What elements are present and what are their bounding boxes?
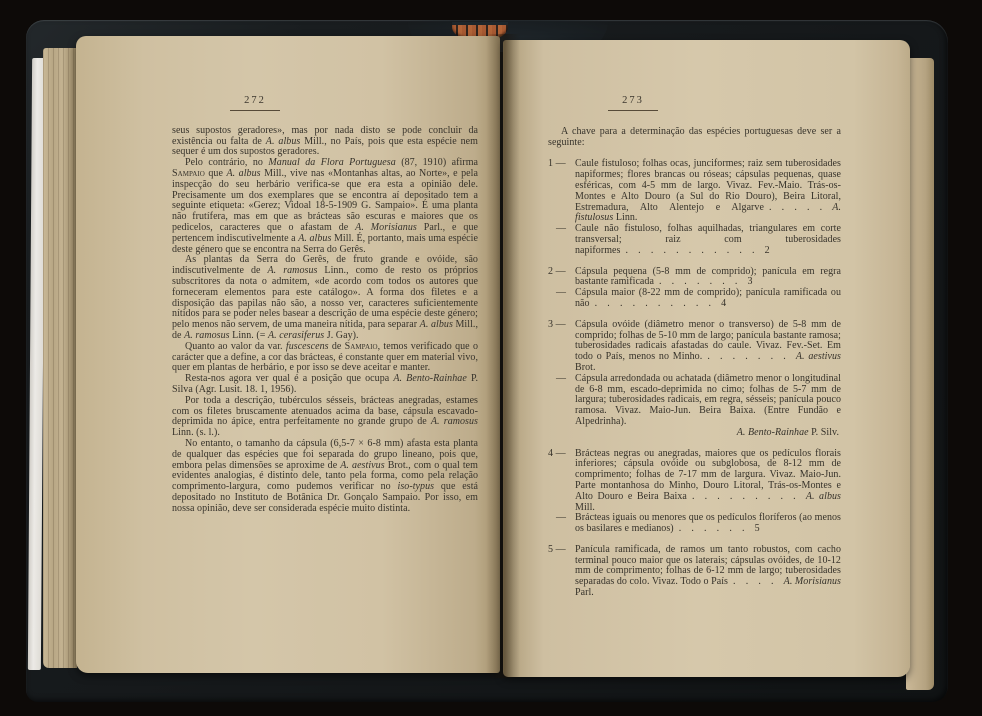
text-segment: A. ramosus: [267, 265, 317, 276]
key-entry-prefix: 5 —: [548, 545, 566, 556]
key-entry-prefix: 4 —: [548, 449, 566, 460]
text-segment: J. Gay).: [324, 330, 358, 341]
key-entry: —Cápsula maior (8-22 mm de comprido); pa…: [548, 288, 841, 310]
text-segment: Brácteas iguais ou menores que os pedícu…: [575, 512, 841, 534]
key-entry: 5 —Panícula ramificada, de ramos um tant…: [548, 545, 841, 599]
key-item-4: 4 —Brácteas negras ou anegradas, maiores…: [548, 449, 841, 535]
species-key: 1 —Caule fistuloso; folhas ocas, juncifo…: [548, 159, 841, 598]
text-segment: Linn. (s. l.).: [172, 427, 220, 438]
right-underpage-edge: [906, 58, 934, 690]
text-segment: A. albus: [420, 319, 453, 330]
key-entry-prefix: 2 —: [548, 267, 566, 278]
paragraph: Pelo contrário, no Manual da Flora Portu…: [172, 158, 478, 255]
key-entry-prefix: —: [556, 288, 566, 299]
text-segment: A. ramosus: [431, 416, 478, 427]
text-segment: que: [205, 168, 227, 179]
species-attribution: A. Bento-Rainhae P. Silv.: [575, 428, 841, 439]
text-segment: Cápsula arredondada ou achatada (diâmetr…: [575, 373, 841, 427]
key-entry: 4 —Brácteas negras ou anegradas, maiores…: [548, 449, 841, 514]
text-segment: A. Bento-Rainhae: [393, 373, 466, 384]
key-entry: —Caule não fistuloso, folhas aquilhadas,…: [548, 224, 841, 256]
text-segment: Sampaio: [172, 168, 205, 179]
text-segment: A. albus: [226, 168, 260, 179]
text-segment: Caule não fistuloso, folhas aquilhadas, …: [575, 223, 841, 256]
text-segment: A. albus: [266, 136, 301, 147]
text-segment: A. Bento-Rainhae: [737, 427, 809, 438]
text-segment: A. Morisianus: [784, 576, 841, 587]
key-entry-prefix: —: [556, 513, 566, 524]
text-segment: (87, 1910) afirma: [396, 157, 478, 168]
text-segment: Brácteas negras ou anegradas, maiores qu…: [575, 448, 841, 502]
text-segment: fuscescens: [286, 341, 329, 352]
paragraph: Por toda a descrição, tubérculos sésseis…: [172, 396, 478, 439]
key-entry: 1 —Caule fistuloso; folhas ocas, juncifo…: [548, 159, 841, 224]
text-segment: Quanto ao valor da var.: [185, 341, 286, 352]
key-entry-prefix: 3 —: [548, 320, 566, 331]
key-entry: 3 —Cápsula ovóide (diâmetro menor o tran…: [548, 320, 841, 374]
key-entry-prefix: —: [556, 374, 566, 385]
page-edge-stack: [43, 48, 77, 668]
key-entry: —Cápsula arredondada ou achatada (diâmet…: [548, 374, 841, 439]
left-page-content: 272 seus supostos geradores», mas por na…: [172, 96, 478, 514]
text-segment: Mill.: [575, 502, 595, 513]
text-segment: iso-typus: [398, 481, 435, 492]
key-item-2: 2 —Cápsula pequena (5-8 mm de comprido);…: [548, 267, 841, 310]
text-segment: A. aestivus: [796, 351, 841, 362]
key-item-1: 1 —Caule fistuloso; folhas ocas, juncifo…: [548, 159, 841, 256]
text-segment: Parl.: [575, 587, 594, 598]
key-item-3: 3 —Cápsula ovóide (diâmetro menor o tran…: [548, 320, 841, 439]
text-segment: A. Morisianus: [355, 222, 417, 233]
paragraph: As plantas da Serra do Gerês, de fruto g…: [172, 255, 478, 341]
paragraph: Quanto ao valor da var. fuscescens de Sa…: [172, 342, 478, 374]
right-page-content: 273 A chave para a determinação das espé…: [548, 96, 841, 609]
text-segment: P. Silv.: [809, 427, 839, 438]
key-entry-prefix: 1 —: [548, 159, 566, 170]
text-segment: Cápsula maior (8-22 mm de comprido); pan…: [575, 287, 841, 309]
text-segment: Resta-nos agora ver qual é a posição que…: [185, 373, 393, 384]
key-entry-prefix: —: [556, 224, 566, 235]
text-segment: A. aestivus: [340, 460, 384, 471]
text-segment: A. ramosus: [184, 330, 230, 341]
page-number-right: 273: [608, 96, 658, 111]
text-segment: Brot.: [575, 362, 596, 373]
key-intro-paragraph: A chave para a determinação das espécies…: [548, 127, 841, 149]
text-segment: A chave para a determinação das espécies…: [548, 126, 841, 148]
page-number-left: 272: [230, 96, 280, 111]
key-item-5: 5 —Panícula ramificada, de ramos um tant…: [548, 545, 841, 599]
text-segment: Linn. (=: [230, 330, 268, 341]
paragraph: Resta-nos agora ver qual é a posição que…: [172, 374, 478, 396]
right-page: 273 A chave para a determinação das espé…: [503, 40, 910, 677]
text-segment: A. cerasiferus: [268, 330, 324, 341]
paragraph: seus supostos geradores», mas por nada d…: [172, 126, 478, 158]
key-entry: 2 —Cápsula pequena (5-8 mm de comprido);…: [548, 267, 841, 289]
left-page: 272 seus supostos geradores», mas por na…: [76, 36, 500, 673]
text-segment: Linn.: [613, 212, 637, 223]
text-segment: Manual da Flora Portuguesa: [268, 157, 395, 168]
text-segment: Pelo contrário, no: [185, 157, 268, 168]
key-entry: —Brácteas iguais ou menores que os pedíc…: [548, 513, 841, 535]
paragraph: No entanto, o tamanho da cápsula (6,5-7 …: [172, 439, 478, 515]
left-page-body: seus supostos geradores», mas por nada d…: [172, 126, 478, 515]
text-segment: A. albus: [806, 491, 841, 502]
text-segment: de: [329, 341, 345, 352]
text-segment: A. albus: [298, 233, 331, 244]
text-segment: Caule fistuloso; folhas ocas, junciforme…: [575, 158, 841, 212]
text-segment: Cápsula pequena (5-8 mm de comprido); pa…: [575, 266, 841, 288]
text-segment: Sampaio: [345, 341, 378, 352]
